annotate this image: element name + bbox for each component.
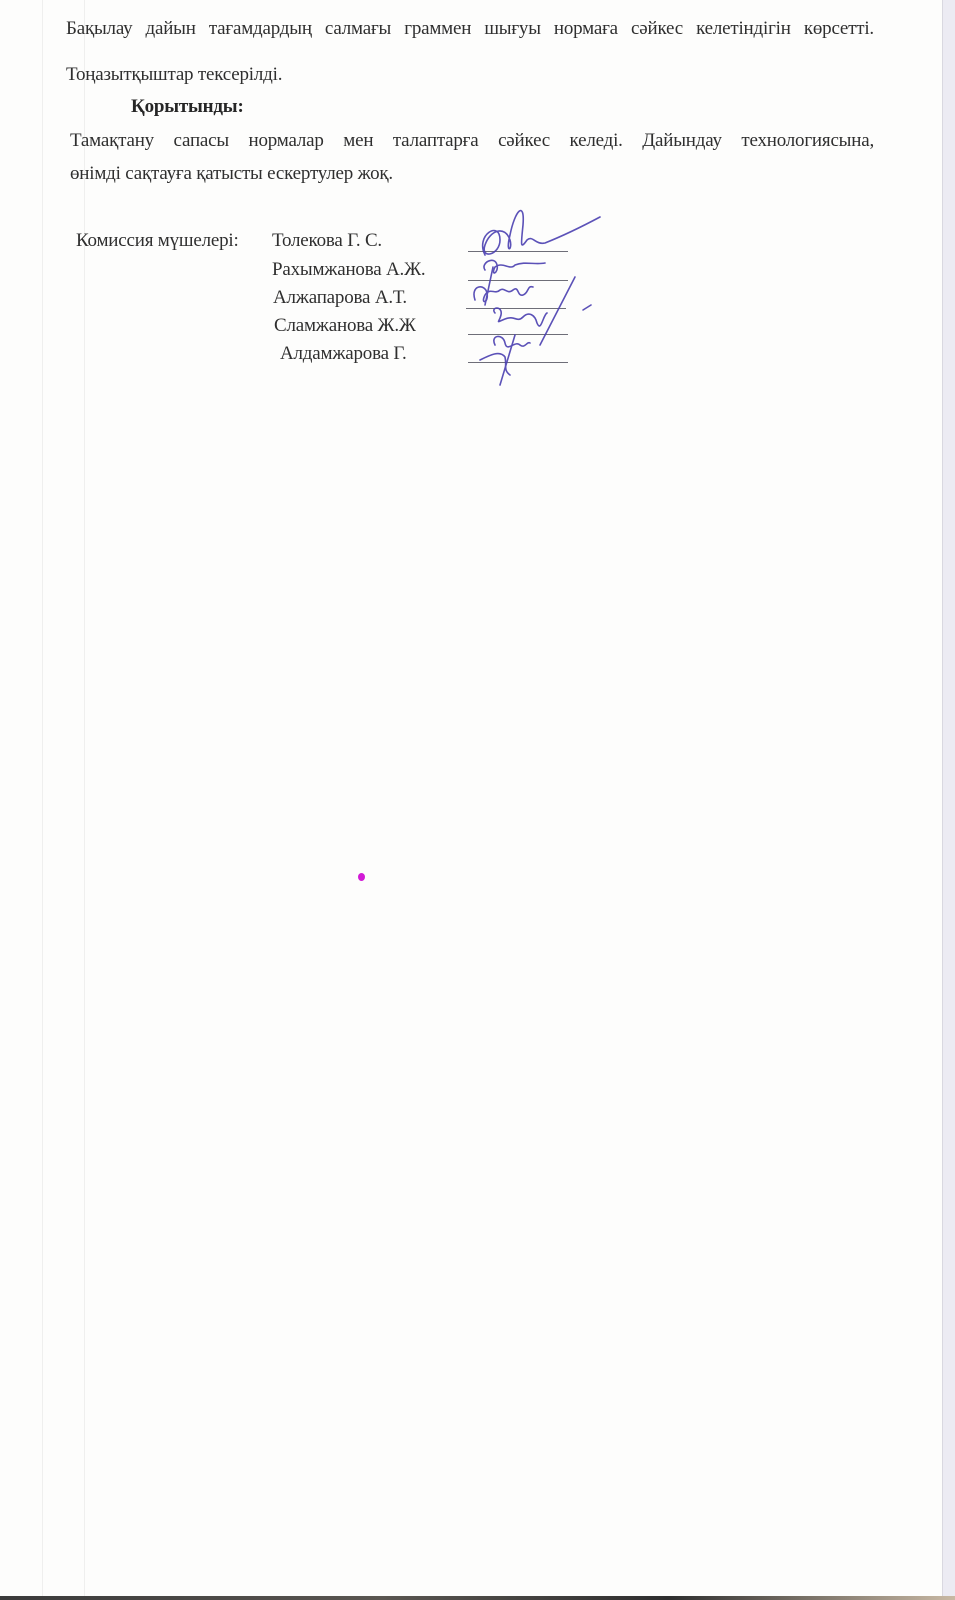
commission-member: Рахымжанова А.Ж. (272, 259, 425, 281)
pink-ink-mark (358, 873, 365, 881)
handwritten-signatures (455, 195, 615, 395)
conclusion-heading: Қорытынды: (131, 96, 244, 118)
commission-member: Сламжанова Ж.Ж (274, 315, 416, 337)
document-page: Бақылау дайын тағамдардың салмағы грамме… (0, 0, 943, 1596)
paragraph1-line1: Бақылау дайын тағамдардың салмағы грамме… (66, 18, 874, 40)
commission-member: Толекова Г. С. (272, 230, 382, 252)
commission-member: Алдамжарова Г. (280, 343, 407, 365)
paragraph2-line2: өнімді сақтауға қатысты ескертулер жоқ. (70, 163, 393, 185)
commission-label: Комиссия мүшелері: (76, 230, 239, 252)
scan-bottom-edge (0, 1596, 955, 1600)
paragraph2-line1: Тамақтану сапасы нормалар мен талаптарға… (70, 130, 874, 152)
commission-member: Алжапарова А.Т. (273, 287, 407, 309)
paragraph1-line2: Тоңазытқыштар тексерілді. (66, 64, 282, 86)
scan-artifact-line (42, 0, 43, 1596)
